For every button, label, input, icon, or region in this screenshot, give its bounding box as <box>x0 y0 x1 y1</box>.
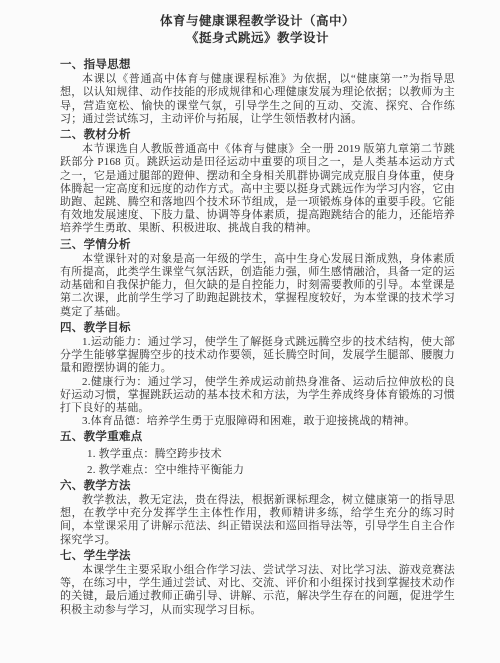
section-learner-analysis: 三、学情分析 本堂课针对的对象是高一年级的学生，高中生身心发展日渐成熟，身体素质… <box>60 239 455 319</box>
section-heading-teaching-material-analysis: 二、教材分析 <box>60 129 455 142</box>
section-heading-guiding-ideology: 一、指导思想 <box>60 59 455 72</box>
section-teaching-objectives: 四、教学目标 1.运动能力：通过学习，使学生了解挺身式跳远腾空步的技术结构，使大… <box>60 322 455 429</box>
document-title-line1: 体育与健康课程教学设计（高中） <box>60 13 455 30</box>
section-heading-key-difficult-points: 五、教学重难点 <box>60 431 455 444</box>
document-page: 体育与健康课程教学设计（高中） 《挺身式跳远》教学设计 一、指导思想 本课以《普… <box>0 0 500 663</box>
section-paragraph: 教学教法，教无定法，贵在得法，根据新课标理念，树立健康第一的指导思想，在教学中充… <box>60 494 455 547</box>
section-student-learning-methods: 七、学生学法 本课学生主要采取小组合作学习法、尝试学习法、对比学习法、游戏竞赛法… <box>60 550 455 617</box>
section-teaching-material-analysis: 二、教材分析 本节课选自人教版普通高中《体育与健康》全一册 2019 版第九章第… <box>60 129 455 236</box>
section-key-difficult-points: 五、教学重难点 1. 教学重点：腾空跨步技术 2. 教学难点：空中维持平衡能力 <box>60 431 455 476</box>
section-heading-student-learning-methods: 七、学生学法 <box>60 550 455 563</box>
section-teaching-methods: 六、教学方法 教学教法，教无定法，贵在得法，根据新课标理念，树立健康第一的指导思… <box>60 480 455 547</box>
teaching-difficult-point: 2. 教学难点：空中维持平衡能力 <box>60 463 455 477</box>
section-paragraph: 本节课选自人教版普通高中《体育与健康》全一册 2019 版第九章第二节跳跃部分 … <box>60 143 455 235</box>
section-paragraph: 本堂课针对的对象是高一年级的学生，高中生身心发展日渐成熟，身体素质有所提高，此类… <box>60 253 455 319</box>
section-paragraph: 本课以《普通高中体育与健康课程标准》为依据，以“健康第一”为指导思想，以认知规律… <box>60 73 455 126</box>
document-title-line2: 《挺身式跳远》教学设计 <box>60 30 455 47</box>
teaching-key-point: 1. 教学重点：腾空跨步技术 <box>60 447 455 461</box>
objective-motor-ability: 1.运动能力：通过学习，使学生了解挺身式跳远腾空步的技术结构，使大部分学生能够掌… <box>60 336 455 376</box>
section-heading-teaching-objectives: 四、教学目标 <box>60 322 455 335</box>
document-title: 体育与健康课程教学设计（高中） 《挺身式跳远》教学设计 <box>60 13 455 47</box>
section-guiding-ideology: 一、指导思想 本课以《普通高中体育与健康课程标准》为依据，以“健康第一”为指导思… <box>60 59 455 126</box>
objective-healthy-behavior: 2.健康行为：通过学习，使学生养成运动前热身准备、运动后拉伸放松的良好运动习惯，… <box>60 376 455 416</box>
section-heading-learner-analysis: 三、学情分析 <box>60 239 455 252</box>
objective-sports-morality: 3.体育品德：培养学生勇于克服障碍和困难，敢于迎接挑战的精神。 <box>60 415 455 428</box>
section-paragraph: 本课学生主要采取小组合作学习法、尝试学习法、对比学习法、游戏竞赛法等，在练习中，… <box>60 564 455 617</box>
section-heading-teaching-methods: 六、教学方法 <box>60 480 455 493</box>
